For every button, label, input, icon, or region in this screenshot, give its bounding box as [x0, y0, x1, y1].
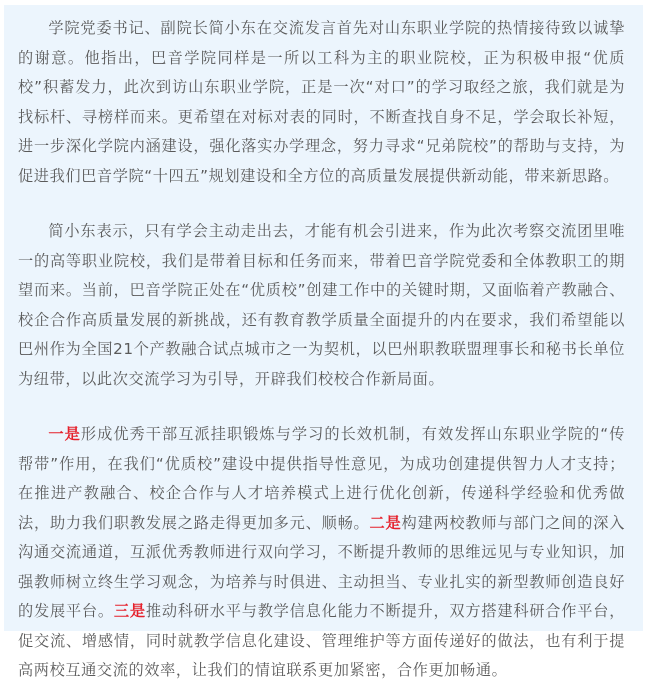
paragraph-proposals: 一是形成优秀干部互派挂职锻炼与学习的长效机制，有效发挥山东职业学院的“传帮带”作…: [18, 420, 625, 636]
article-panel: 学院党委书记、副院长简小东在交流发言首先对山东职业学院的热情接待致以诚挚的谢意。…: [4, 5, 643, 631]
paragraph-statement: 简小东表示，只有学会主动走出去，才能有机会引进来，作为此次考察交流团里唯一的高等…: [18, 217, 625, 394]
emphasis-third: 三是: [114, 602, 146, 620]
emphasis-second: 二是: [370, 514, 402, 532]
emphasis-first: 一是: [48, 425, 80, 443]
paragraph-intro: 学院党委书记、副院长简小东在交流发言首先对山东职业学院的热情接待致以诚挚的谢意。…: [18, 14, 625, 191]
